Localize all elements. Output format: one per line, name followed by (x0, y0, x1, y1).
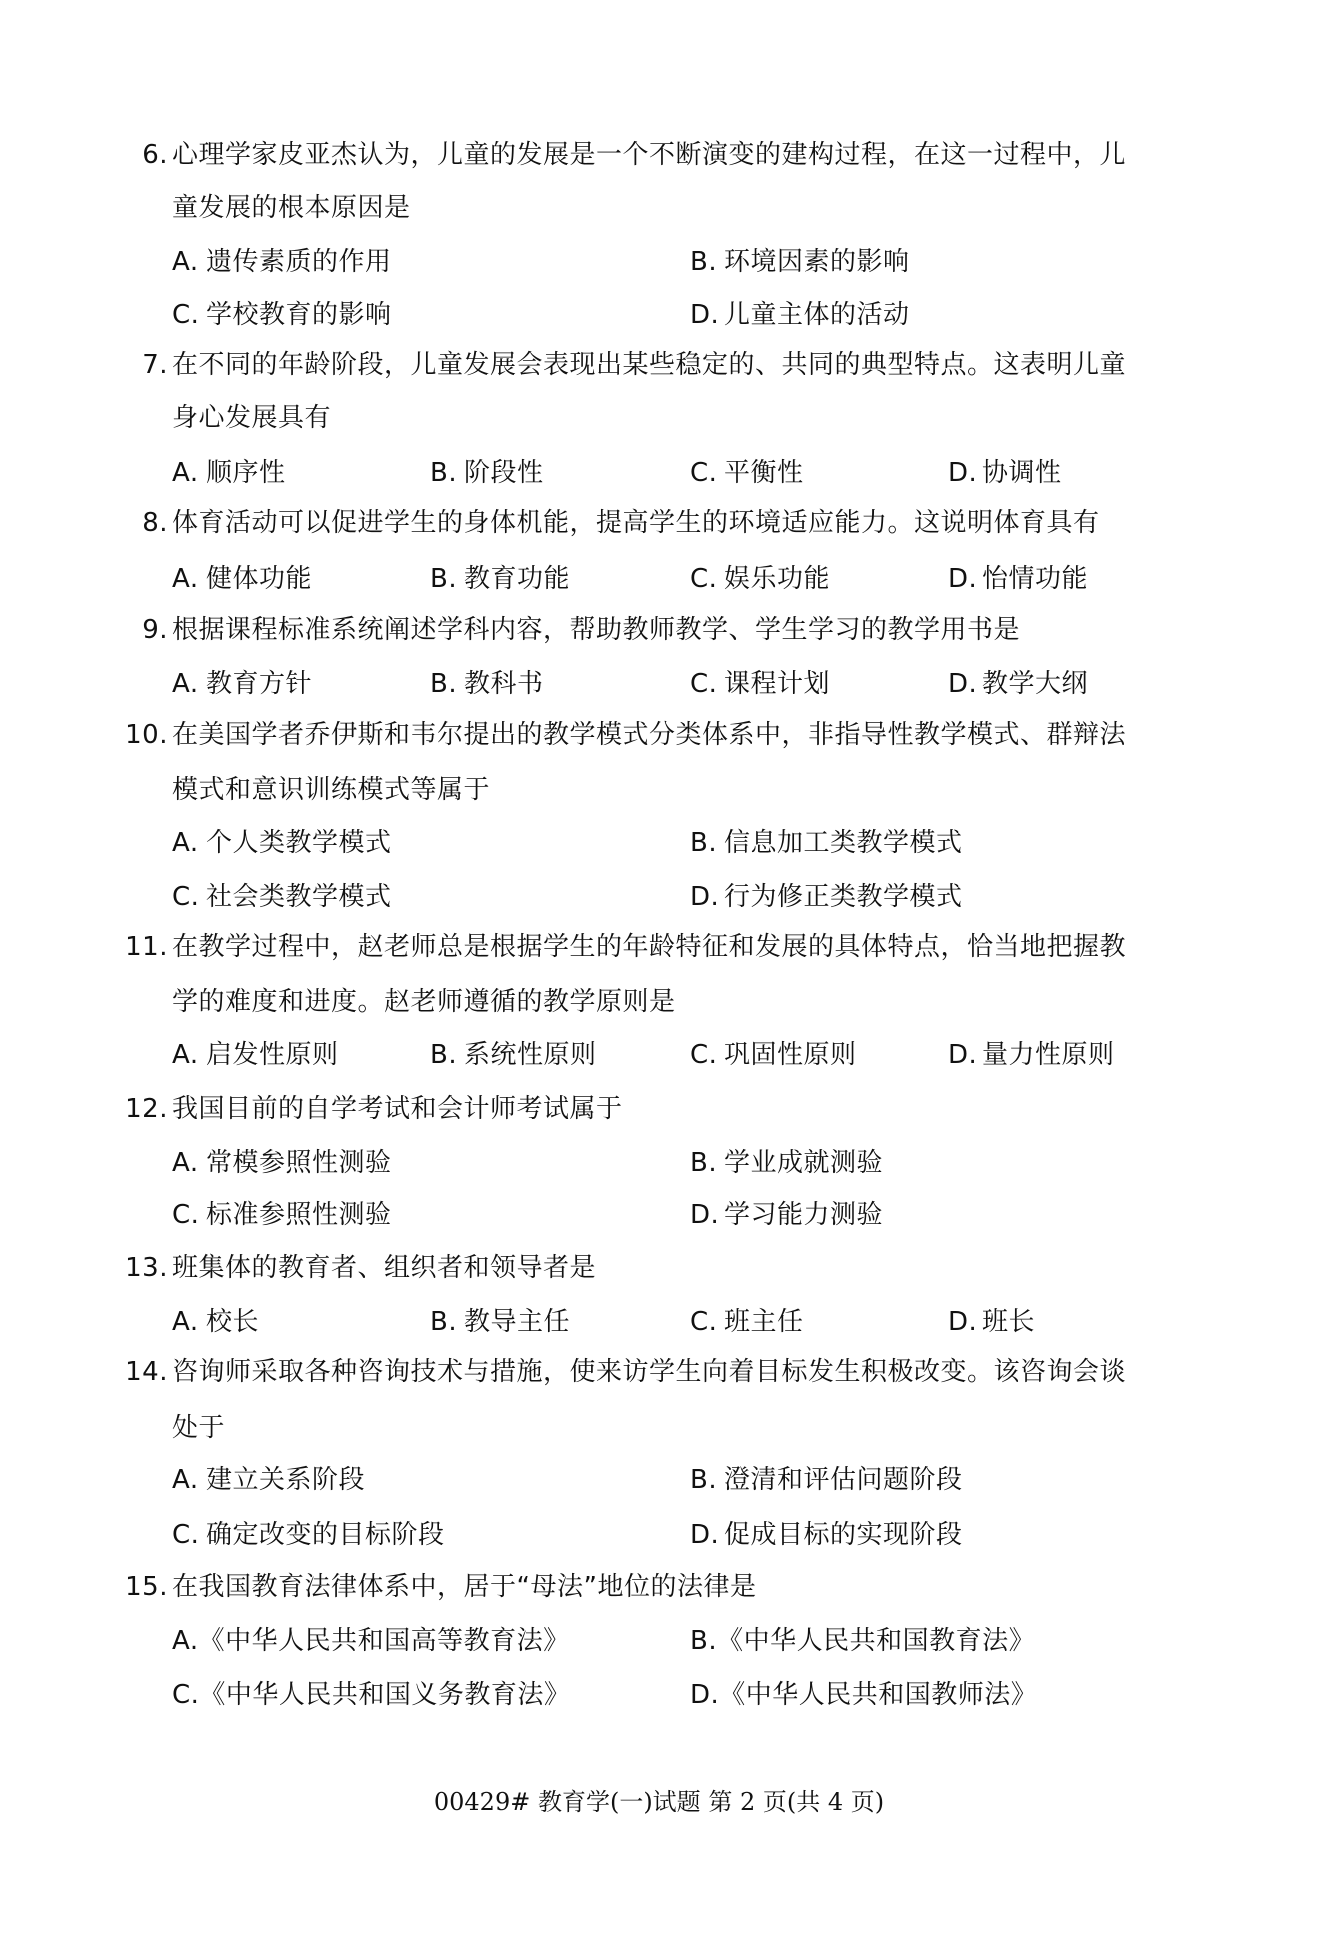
option-a: A.健体功能 (172, 559, 312, 599)
option-c: C.标准参照性测验 (172, 1195, 392, 1235)
question-number: 10. (112, 715, 168, 755)
question-stem: 班集体的教育者、组织者和领导者是 (172, 1248, 596, 1288)
option-d: D.儿童主体的活动 (690, 295, 910, 335)
option-b: B.澄清和评估问题阶段 (690, 1460, 963, 1500)
option-c: C.社会类教学模式 (172, 877, 392, 917)
option-a: A.常模参照性测验 (172, 1143, 392, 1183)
option-b: B.教育功能 (430, 559, 570, 599)
question-stem: 咨询师采取各种咨询技术与措施，使来访学生向着目标发生积极改变。该咨询会谈 (172, 1352, 1126, 1392)
option-d: D.班长 (948, 1302, 1035, 1342)
question-number: 12. (112, 1089, 168, 1129)
question-number: 7. (126, 345, 168, 385)
question-stem: 童发展的根本原因是 (172, 188, 411, 228)
option-a: A.建立关系阶段 (172, 1460, 365, 1500)
option-a: A.启发性原则 (172, 1035, 339, 1075)
option-b: B.环境因素的影响 (690, 242, 910, 282)
question-stem: 在美国学者乔伊斯和韦尔提出的教学模式分类体系中，非指导性教学模式、群辩法 (172, 715, 1126, 755)
option-a: A.遗传素质的作用 (172, 242, 392, 282)
option-d: D.促成目标的实现阶段 (690, 1515, 963, 1555)
question-stem: 学的难度和进度。赵老师遵循的教学原则是 (172, 982, 676, 1022)
option-b: B.教科书 (430, 664, 544, 704)
option-c: C.班主任 (690, 1302, 804, 1342)
option-b: B.系统性原则 (430, 1035, 597, 1075)
question-stem: 处于 (172, 1408, 225, 1448)
option-b: B.《中华人民共和国教育法》 (690, 1621, 1035, 1661)
option-d: D.怡情功能 (948, 559, 1088, 599)
question-number: 8. (126, 503, 168, 543)
option-d: D.学习能力测验 (690, 1195, 883, 1235)
option-b: B.教导主任 (430, 1302, 570, 1342)
question-stem: 在教学过程中，赵老师总是根据学生的年龄特征和发展的具体特点，恰当地把握教 (172, 927, 1126, 967)
question-number: 9. (126, 610, 168, 650)
option-a: A.个人类教学模式 (172, 823, 392, 863)
option-b: B.信息加工类教学模式 (690, 823, 963, 863)
question-stem: 我国目前的自学考试和会计师考试属于 (172, 1089, 623, 1129)
exam-page: 6. 心理学家皮亚杰认为，儿童的发展是一个不断演变的建构过程，在这一过程中，儿 … (0, 0, 1318, 1945)
option-d: D.量力性原则 (948, 1035, 1115, 1075)
option-c: C.学校教育的影响 (172, 295, 392, 335)
option-a: A.教育方针 (172, 664, 312, 704)
option-a: A.顺序性 (172, 453, 286, 493)
option-d: D.协调性 (948, 453, 1062, 493)
question-number: 15. (112, 1567, 168, 1607)
question-stem: 身心发展具有 (172, 398, 331, 438)
option-c: C.确定改变的目标阶段 (172, 1515, 445, 1555)
option-b: B.学业成就测验 (690, 1143, 883, 1183)
question-number: 11. (112, 927, 168, 967)
question-number: 6. (126, 135, 168, 175)
question-number: 14. (112, 1352, 168, 1392)
option-d: D.行为修正类教学模式 (690, 877, 963, 917)
option-c: C.平衡性 (690, 453, 804, 493)
page-footer: 00429# 教育学(一)试题 第 2 页(共 4 页) (0, 1784, 1318, 1820)
option-c: C.巩固性原则 (690, 1035, 857, 1075)
question-number: 13. (112, 1248, 168, 1288)
option-d: D.教学大纲 (948, 664, 1088, 704)
question-stem: 在我国教育法律体系中，居于“母法”地位的法律是 (172, 1567, 756, 1607)
option-d: D.《中华人民共和国教师法》 (690, 1675, 1037, 1715)
question-stem: 体育活动可以促进学生的身体机能，提高学生的环境适应能力。这说明体育具有 (172, 503, 1100, 543)
option-c: C.娱乐功能 (690, 559, 830, 599)
question-stem: 心理学家皮亚杰认为，儿童的发展是一个不断演变的建构过程，在这一过程中，儿 (172, 135, 1126, 175)
question-stem: 在不同的年龄阶段，儿童发展会表现出某些稳定的、共同的典型特点。这表明儿童 (172, 345, 1126, 385)
option-a: A.《中华人民共和国高等教育法》 (172, 1621, 570, 1661)
option-a: A.校长 (172, 1302, 259, 1342)
option-c: C.课程计划 (690, 664, 830, 704)
option-c: C.《中华人民共和国义务教育法》 (172, 1675, 570, 1715)
option-b: B.阶段性 (430, 453, 544, 493)
question-stem: 模式和意识训练模式等属于 (172, 770, 490, 810)
question-stem: 根据课程标准系统阐述学科内容，帮助教师教学、学生学习的教学用书是 (172, 610, 1020, 650)
